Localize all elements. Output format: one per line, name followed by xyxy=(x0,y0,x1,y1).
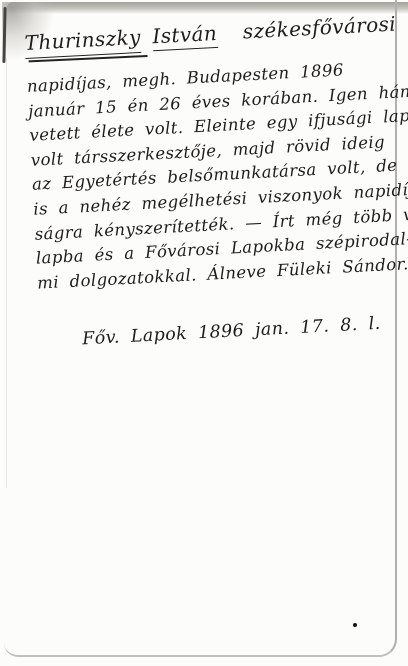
person-surname: Thurinszky xyxy=(24,24,142,59)
person-forename: István xyxy=(152,20,218,51)
ink-dot xyxy=(353,623,357,627)
heading-qualifier: székesfővárosi xyxy=(242,12,396,44)
scanned-index-card: Thurinszky István székesfővárosi napidíj… xyxy=(0,0,408,666)
handwritten-note: Thurinszky István székesfővárosi napidíj… xyxy=(24,11,408,352)
